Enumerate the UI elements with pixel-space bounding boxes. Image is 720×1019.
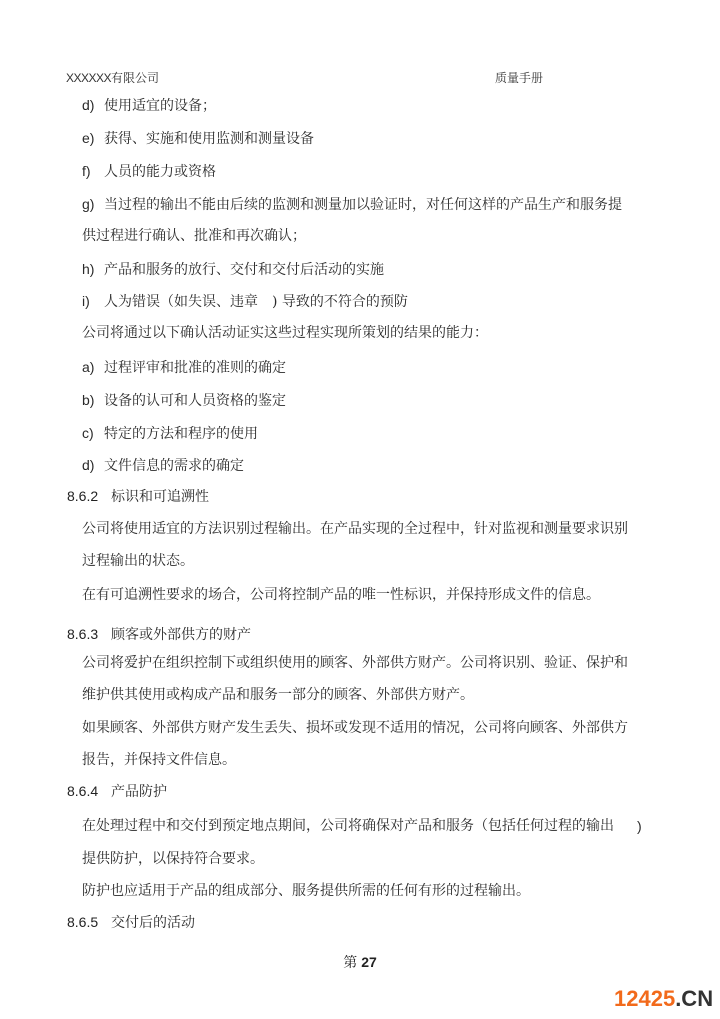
section-heading: 8.6.4产品防护	[67, 782, 167, 801]
list-marker: e)	[82, 129, 104, 147]
section-number: 8.6.5	[67, 913, 111, 931]
paragraph: 在处理过程中和交付到预定地点期间，公司将确保对产品和服务（包括任何过程的输出 )	[82, 817, 682, 835]
document-page: XXXXXX有限公司 质量手册 d)使用适宜的设备； e)获得、实施和使用监测和…	[0, 0, 720, 1019]
list-item: e)获得、实施和使用监测和测量设备	[82, 129, 314, 148]
list-marker: h)	[82, 260, 104, 278]
list-item: f)人员的能力或资格	[82, 162, 216, 181]
paragraph-text: 在处理过程中和交付到预定地点期间，公司将确保对产品和服务（包括任何过程的输出	[82, 818, 614, 834]
header-doc-title: 质量手册	[495, 69, 543, 86]
page-number: 第27	[0, 952, 720, 972]
paragraph: 报告，并保持文件信息。	[82, 751, 236, 769]
watermark-logo: 12425.CN	[614, 986, 713, 1012]
list-item: c)特定的方法和程序的使用	[82, 424, 258, 443]
list-marker: a)	[82, 358, 104, 376]
paragraph: 公司将爱护在组织控制下或组织使用的顾客、外部供方财产。公司将识别、验证、保护和	[82, 654, 628, 672]
list-marker: d)	[82, 96, 104, 114]
company-suffix: 有限公司	[111, 71, 159, 85]
list-text: 产品和服务的放行、交付和交付后活动的实施	[104, 262, 384, 278]
list-item: b)设备的认可和人员资格的鉴定	[82, 391, 286, 410]
list-item: h)产品和服务的放行、交付和交付后活动的实施	[82, 260, 384, 279]
section-number: 8.6.2	[67, 487, 111, 505]
header-company: XXXXXX有限公司	[66, 69, 159, 86]
list-marker: f)	[82, 162, 104, 180]
paragraph: 公司将使用适宜的方法识别过程输出。在产品实现的全过程中，针对监视和测量要求识别	[82, 520, 628, 538]
section-title: 标识和可追溯性	[111, 489, 209, 505]
list-text: 当过程的输出不能由后续的监测和测量加以验证时，对任何这样的产品生产和服务提	[104, 197, 622, 213]
watermark-digits: 12425	[614, 986, 675, 1011]
paragraph-text: 公司将通过以下确认活动证实这些过程实现所策划的结果的能力：	[82, 325, 488, 341]
paragraph: 过程输出的状态。	[82, 552, 194, 570]
section-title: 顾客或外部供方的财产	[111, 627, 251, 643]
page-prefix: 第	[343, 955, 357, 971]
list-marker: c)	[82, 424, 104, 442]
list-text: 获得、实施和使用监测和测量设备	[104, 131, 314, 147]
list-item: a)过程评审和批准的准则的确定	[82, 358, 286, 377]
paragraph: 提供防护，以保持符合要求。	[82, 850, 264, 868]
list-text: 文件信息的需求的确定	[104, 458, 244, 474]
list-item: i)人为错误（如失误、违章 ) 导致的不符合的预防	[82, 292, 408, 311]
paragraph: 防护也应适用于产品的组成部分、服务提供所需的任何有形的过程输出。	[82, 882, 530, 900]
list-marker: b)	[82, 391, 104, 409]
page-number-value: 27	[361, 954, 377, 970]
list-marker: g)	[82, 195, 104, 213]
list-item: g)当过程的输出不能由后续的监测和测量加以验证时，对任何这样的产品生产和服务提	[82, 195, 622, 214]
paragraph: 在有可追溯性要求的场合，公司将控制产品的唯一性标识，并保持形成文件的信息。	[82, 586, 600, 604]
list-text: 人为错误（如失误、违章 ) 导致的不符合的预防	[104, 294, 408, 310]
section-number: 8.6.3	[67, 625, 111, 643]
list-text: 人员的能力或资格	[104, 164, 216, 180]
section-heading: 8.6.5交付后的活动	[67, 913, 195, 932]
section-title: 交付后的活动	[111, 915, 195, 931]
list-text: 设备的认可和人员资格的鉴定	[104, 393, 286, 409]
list-item: d)文件信息的需求的确定	[82, 456, 244, 475]
paragraph: 维护供其使用或构成产品和服务一部分的顾客、外部供方财产。	[82, 686, 474, 704]
list-item: d)使用适宜的设备；	[82, 96, 216, 115]
list-text: 使用适宜的设备；	[104, 98, 216, 114]
list-item-continuation: 供过程进行确认、批准和再次确认；	[82, 227, 306, 245]
section-title: 产品防护	[111, 784, 167, 800]
section-number: 8.6.4	[67, 782, 111, 800]
paragraph: 公司将通过以下确认活动证实这些过程实现所策划的结果的能力：	[82, 324, 488, 342]
paragraph: 如果顾客、外部供方财产发生丢失、损坏或发现不适用的情况，公司将向顾客、外部供方	[82, 719, 628, 737]
list-marker: i)	[82, 292, 104, 310]
list-marker: d)	[82, 456, 104, 474]
watermark-tld: .CN	[675, 986, 713, 1011]
company-prefix: XXXXXX	[66, 71, 111, 85]
closing-paren: )	[637, 817, 642, 835]
section-heading: 8.6.2标识和可追溯性	[67, 487, 209, 506]
list-text: 特定的方法和程序的使用	[104, 426, 258, 442]
list-text: 过程评审和批准的准则的确定	[104, 360, 286, 376]
section-heading: 8.6.3顾客或外部供方的财产	[67, 625, 251, 644]
list-text: 供过程进行确认、批准和再次确认；	[82, 228, 306, 244]
